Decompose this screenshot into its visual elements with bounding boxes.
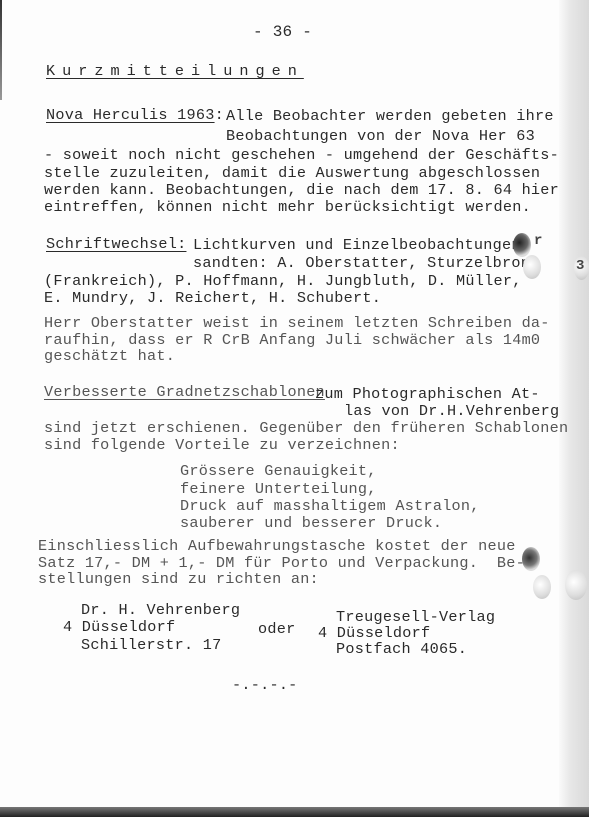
nova-line-6: eintreffen, können nicht mehr berücksich… bbox=[44, 199, 531, 216]
schablonen-heading: Verbesserte Gradnetzschablonen bbox=[44, 384, 325, 401]
advantage-4: sauberer und besserer Druck. bbox=[180, 515, 442, 532]
advantage-2: feinere Unterteilung, bbox=[180, 481, 377, 498]
price-line-1: Einschliesslich Aufbewahrungstasche kost… bbox=[38, 538, 516, 555]
punch-hole-icon bbox=[513, 233, 531, 257]
schriftwechsel-note-3: geschätzt hat. bbox=[44, 348, 175, 365]
schriftwechsel-note-1: Herr Oberstatter weist in seinem letzten… bbox=[44, 315, 550, 332]
scan-bottom-edge bbox=[0, 807, 589, 817]
address-separator: oder bbox=[258, 621, 295, 638]
schablonen-line-4: sind folgende Vorteile zu verzeichnen: bbox=[44, 437, 400, 454]
nova-line-2: Beobachtungen von der Nova Her 63 bbox=[226, 128, 535, 145]
address-left-city: 4 Düsseldorf bbox=[63, 619, 175, 636]
end-mark: -.-.-.- bbox=[232, 677, 298, 694]
schriftwechsel-line-2: sandten: A. Oberstatter, Sturzelbronn bbox=[193, 255, 539, 272]
address-left-name: Dr. H. Vehrenberg bbox=[81, 602, 240, 619]
document-page: - 36 - Kurzmitteilungen Nova Herculis 19… bbox=[0, 0, 589, 817]
nova-colon: : bbox=[215, 106, 224, 124]
bleed-through-mark: r bbox=[534, 233, 542, 249]
schriftwechsel-line-1: Lichtkurven und Einzelbeobachtungen bbox=[193, 237, 521, 254]
page-number: - 36 - bbox=[253, 24, 312, 41]
page-gutter-shadow bbox=[559, 0, 589, 817]
nova-heading-line: Nova Herculis 1963: bbox=[46, 107, 224, 124]
nova-line-5: werden kann. Beobachtungen, die nach dem… bbox=[44, 182, 559, 199]
bleed-through-mark: 3 bbox=[576, 258, 584, 274]
advantage-1: Grössere Genauigkeit, bbox=[180, 463, 377, 480]
nova-line-3: - soweit noch nicht geschehen - umgehend… bbox=[44, 147, 559, 164]
punch-hole-icon bbox=[565, 570, 587, 600]
schriftwechsel-heading: Schriftwechsel: bbox=[46, 236, 186, 253]
schablonen-line-1: zum Photographischen At- bbox=[315, 386, 540, 403]
address-left-street: Schillerstr. 17 bbox=[81, 637, 221, 654]
schriftwechsel-line-4: E. Mundry, J. Reichert, H. Schubert. bbox=[44, 290, 381, 307]
nova-line-4: stelle zuzuleiten, damit die Auswertung … bbox=[44, 165, 540, 182]
section-title: Kurzmitteilungen bbox=[46, 63, 304, 80]
schablonen-line-2: las von Dr.H.Vehrenberg bbox=[344, 403, 559, 420]
address-right-postfach: Postfach 4065. bbox=[336, 641, 467, 658]
punch-hole-icon bbox=[533, 575, 551, 599]
punch-hole-icon bbox=[522, 547, 540, 571]
punch-hole-icon bbox=[523, 255, 541, 279]
price-line-3: stellungen sind zu richten an: bbox=[38, 571, 319, 588]
nova-line-1: Alle Beobachter werden gebeten ihre bbox=[226, 108, 554, 125]
nova-heading: Nova Herculis 1963 bbox=[46, 106, 215, 124]
schriftwechsel-line-3: (Frankreich), P. Hoffmann, H. Jungbluth,… bbox=[44, 273, 522, 290]
scan-edge bbox=[0, 0, 2, 100]
advantage-3: Druck auf masshaltigem Astralon, bbox=[180, 498, 480, 515]
schablonen-line-3: sind jetzt erschienen. Gegenüber den frü… bbox=[44, 420, 568, 437]
